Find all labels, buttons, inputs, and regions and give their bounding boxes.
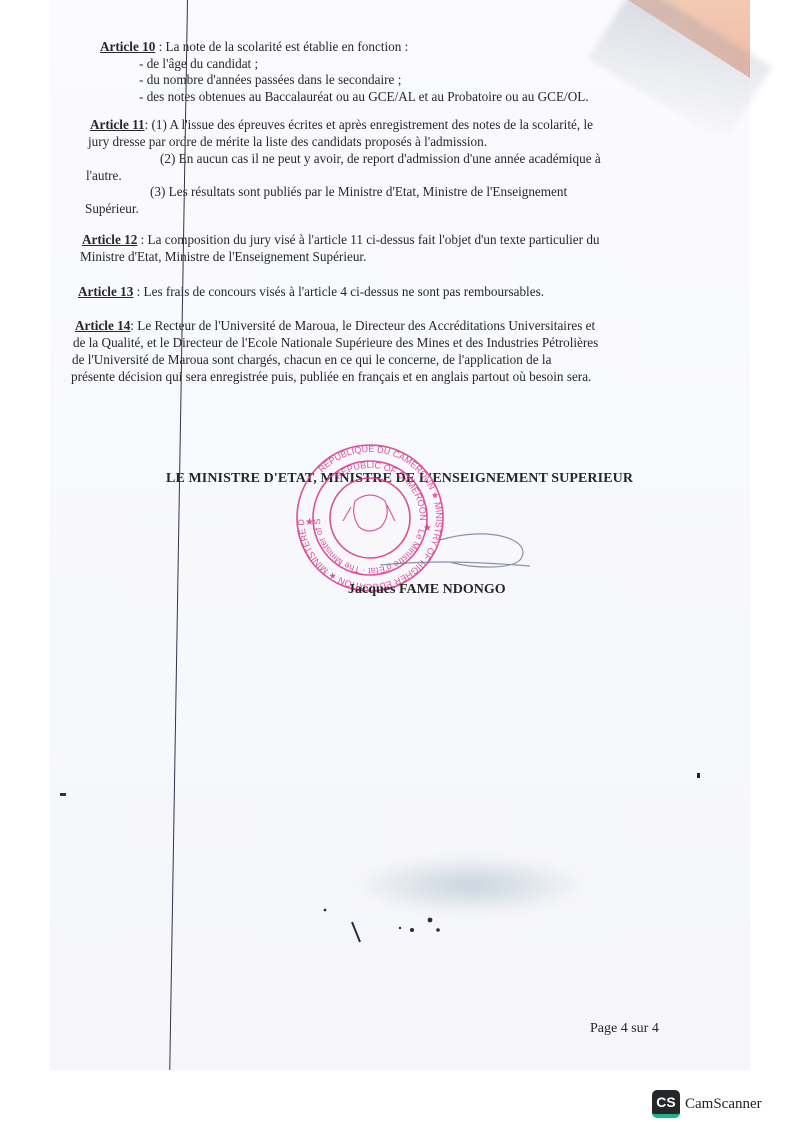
- ink-speck: [60, 793, 66, 796]
- article-11-line: jury dresse par ordre de mérite la liste…: [88, 134, 487, 150]
- article-11-text: : (1) A l'issue des épreuves écrites et …: [145, 117, 593, 132]
- article-13-text: : Les frais de concours visés à l'articl…: [133, 284, 544, 299]
- article-11-label: Article 11: [90, 117, 145, 132]
- article-14-line: présente décision qui sera enregistrée p…: [71, 369, 591, 385]
- article-14-text: : Le Recteur de l'Université de Maroua, …: [130, 318, 595, 333]
- article-10-item: - des notes obtenues au Baccalauréat ou …: [139, 89, 589, 105]
- article-11-line: (2) En aucun cas il ne peut y avoir, de …: [160, 151, 601, 167]
- article-12-line: Article 12 : La composition du jury visé…: [82, 232, 600, 248]
- ink-speck: [697, 773, 700, 778]
- camscanner-watermark: CS CamScanner: [652, 1090, 762, 1118]
- article-14-label: Article 14: [75, 318, 130, 333]
- article-10-label: Article 10: [100, 39, 155, 54]
- article-10-heading: Article 10 : La note de la scolarité est…: [100, 39, 408, 55]
- article-12-text: : La composition du jury visé à l'articl…: [137, 232, 599, 247]
- article-14-line: Article 14: Le Recteur de l'Université d…: [75, 318, 595, 334]
- svg-text:★: ★: [305, 517, 314, 528]
- page-number: Page 4 sur 4: [590, 1021, 659, 1037]
- camscanner-logo-icon: CS: [652, 1090, 680, 1118]
- article-10-item: - du nombre d'années passées dans le sec…: [139, 72, 401, 88]
- article-13-label: Article 13: [78, 284, 133, 299]
- signatory-name: Jacques FAME NDONGO: [348, 582, 506, 598]
- ink-specks: [320, 900, 460, 950]
- article-12-line: Ministre d'Etat, Ministre de l'Enseignem…: [80, 249, 366, 265]
- article-11-line: Supérieur.: [85, 201, 139, 217]
- camscanner-brand: CamScanner: [685, 1096, 762, 1113]
- article-14-line: de la Qualité, et le Directeur de l'Ecol…: [73, 335, 598, 351]
- article-11-line: l'autre.: [86, 168, 122, 184]
- article-10-item: - de l'âge du candidat ;: [139, 56, 258, 72]
- handwritten-signature: [370, 520, 540, 580]
- article-10-intro: : La note de la scolarité est établie en…: [155, 39, 408, 54]
- article-11-line: (3) Les résultats sont publiés par le Mi…: [150, 184, 567, 200]
- article-11-line: Article 11: (1) A l'issue des épreuves é…: [90, 117, 593, 133]
- article-14-line: de l'Université de Maroua sont chargés, …: [72, 352, 551, 368]
- article-13-line: Article 13 : Les frais de concours visés…: [78, 284, 544, 300]
- article-12-label: Article 12: [82, 232, 137, 247]
